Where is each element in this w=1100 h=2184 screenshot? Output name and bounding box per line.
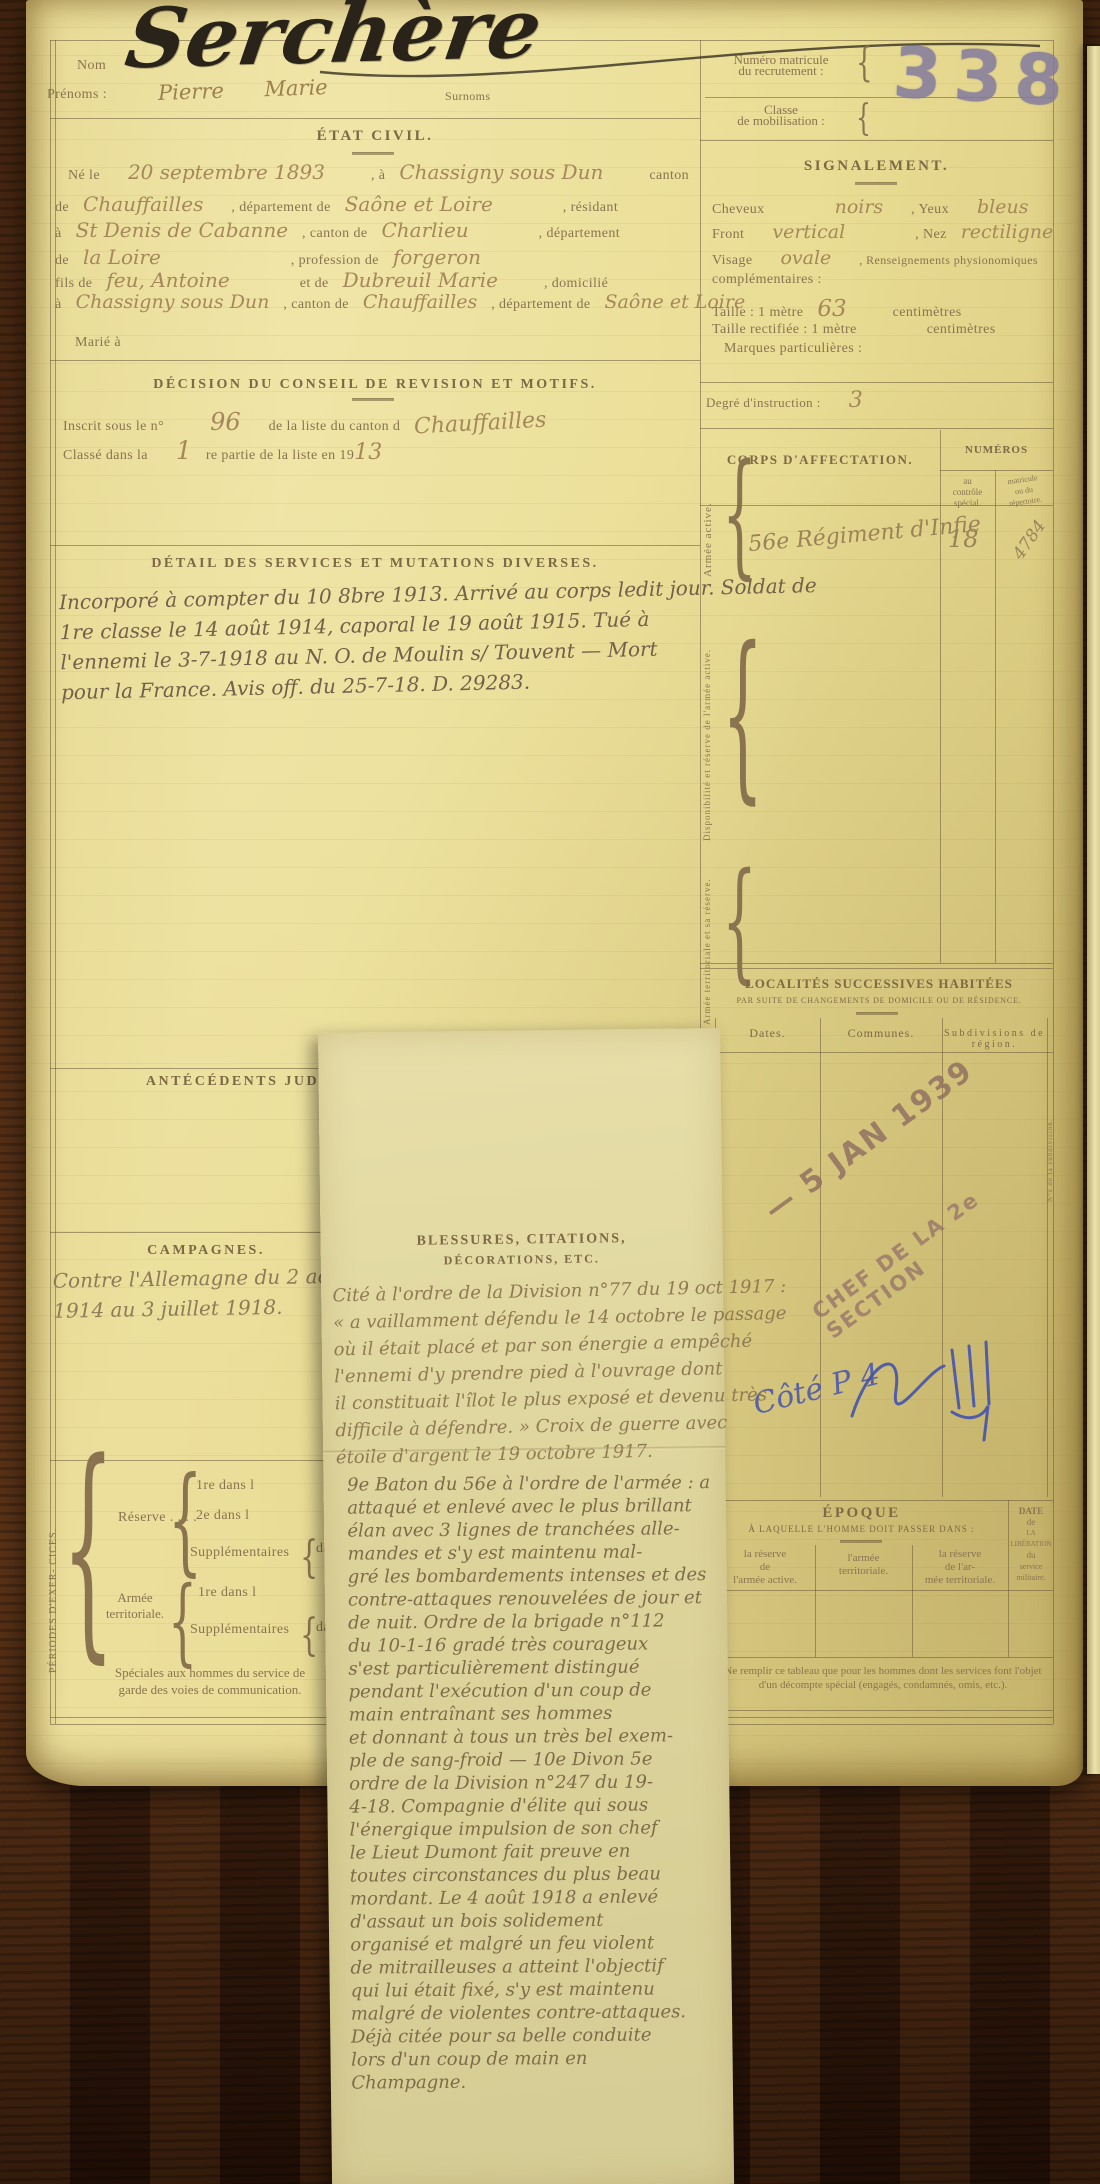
decision-line: Classé dans la1re partie de la liste en … (63, 436, 382, 465)
citation-line: pendant l'exécution d'un coup de (348, 1678, 718, 1704)
handwritten-entry: vertical (772, 221, 845, 243)
localites-subheading: PAR SUITE DE CHANGEMENTS DE DOMICILE OU … (705, 996, 1053, 1005)
rule-line (712, 1657, 1053, 1658)
printed-text: et de (300, 276, 329, 291)
signalement-line: Visageovale, Renseignements physionomiqu… (712, 247, 1038, 269)
rule-line (50, 545, 700, 546)
prenoms-label: Prénoms : (47, 87, 107, 103)
printed-text: , domicilié (544, 276, 608, 291)
citation-line: mordant. Le 4 août 1918 a enlevé (350, 1885, 720, 1911)
printed-text: , département (539, 226, 620, 241)
matricule-number-stamp: 338 (891, 31, 1077, 122)
surnoms-label: Surnoms (445, 89, 490, 104)
armee-territoriale-label: Arméeterritoriale. (90, 1590, 180, 1622)
handwritten-entry: Charlieu (381, 218, 468, 242)
printed-text: , canton de (283, 297, 348, 312)
citation-line: 9e Baton du 56e à l'ordre de l'armée : a (347, 1471, 717, 1497)
printed-text: , département de (491, 297, 590, 312)
rule-line (700, 382, 1053, 383)
blessures-subheading: DÉCORATIONS, ETC. (321, 1250, 723, 1270)
citation-line: toutes circonstances du plus beau (350, 1862, 720, 1888)
heading-divider (352, 152, 394, 155)
services-heading: DÉTAIL DES SERVICES ET MUTATIONS DIVERSE… (50, 556, 700, 572)
firstnames-handwritten: Pierre Marie (158, 75, 328, 105)
citation-line: contre-attaques renouvelées de jour et (348, 1586, 718, 1612)
reserve-item: 1re dans l (196, 1478, 254, 1494)
signalement-heading: SIGNALEMENT. (700, 158, 1053, 175)
printed-text: Degré d'instruction : (706, 395, 821, 410)
localites-col-communes: Communes. (820, 1026, 942, 1041)
corps-row-label-disponibilite: Disponibilité et réserve de l'armée acti… (702, 635, 712, 855)
controle-number-entry: 18 (948, 525, 979, 553)
handwritten-entry: la Loire (83, 245, 161, 269)
citation-line: élan avec 3 lignes de tranchées alle- (347, 1517, 717, 1543)
printed-text: fils de (55, 276, 92, 291)
citation-line: s'est particulièrement distingué (348, 1655, 718, 1681)
handwritten-entry: Chauffailles (83, 192, 203, 216)
citation-line: main entraînant ses hommes (349, 1701, 719, 1727)
printed-text: , Yeux (911, 202, 949, 217)
printed-text: Né le (68, 168, 100, 183)
epoque-col2-header: l'arméeterritoriale. (816, 1552, 911, 1578)
rule-line (50, 118, 700, 119)
signalement-line: Frontvertical, Nezrectiligne (712, 221, 1053, 243)
classe-label: Classede mobilisation : (706, 104, 856, 126)
corps-row-label-armee-active: Armée active. (702, 455, 714, 625)
heading-divider (856, 1012, 898, 1015)
controle-subheader: aucontrôlespécial. (941, 476, 994, 509)
printed-text: Inscrit sous le n° (63, 419, 164, 434)
rule-line (50, 360, 700, 361)
citation-line: l'énergique impulsion de son chef (349, 1816, 719, 1842)
printed-text: centimètres (893, 305, 962, 320)
printed-text: canton (649, 168, 689, 183)
periodes-outer-brace: { (62, 1414, 114, 1684)
handwritten-entry: Saône et Loire (345, 192, 493, 216)
printed-text: , à (371, 168, 385, 183)
corps-row-brace: { (722, 608, 763, 821)
glued-citation-slip: BLESSURES, CITATIONS, DÉCORATIONS, ETC. … (318, 1028, 734, 2184)
citation-line: attaqué et enlevé avec le plus brillant (347, 1494, 717, 1520)
heading-divider (352, 398, 394, 401)
localites-col-subdivisions: Subdivisions de région. (942, 1028, 1047, 1050)
handwritten-entry: noirs (835, 196, 884, 218)
printed-text: re partie de la liste en 19 (206, 448, 354, 463)
citation-line: de nuit. Ordre de la brigade n°112 (348, 1609, 718, 1635)
citation-line: 4-18. Compagnie d'élite qui sous (349, 1793, 719, 1819)
handwritten-entry: Chassigny sous Dun (399, 160, 603, 184)
rule-line (820, 1018, 821, 1497)
handwritten-entry: 96 (210, 408, 241, 436)
rule-line (700, 428, 1053, 429)
handwritten-entry: 63 (817, 296, 846, 322)
etat-civil-line: fils defeu, Antoineet deDubreuil Marie, … (55, 268, 608, 292)
handwritten-entry: bleus (977, 196, 1028, 218)
handwritten-entry: Dubreuil Marie (343, 268, 498, 292)
reserve-item: Supplémentaires (190, 1545, 289, 1561)
territoriale-item: Supplémentaires (190, 1622, 289, 1638)
printed-text: Front (712, 227, 744, 242)
campagnes-heading: CAMPAGNES. (50, 1243, 362, 1259)
citation-line: ple de sang-froid — 10e Divon 5e (349, 1747, 719, 1773)
citation-line: lors d'un coup de main en (351, 2046, 721, 2072)
regiment-entry: 56e Régiment d'Infie (747, 512, 982, 557)
etat-civil-line: dela Loire, profession deforgeron (55, 245, 481, 269)
marques-label: Marques particulières : (724, 341, 862, 357)
decision-line: Inscrit sous le n°96de la liste du canto… (63, 408, 547, 436)
epoque-heading: ÉPOQUE (715, 1505, 1008, 1522)
handwritten-entry: St Denis de Cabanne (76, 218, 288, 242)
citation-line: d'assaut un bois solidement (350, 1908, 720, 1934)
periodes-label: PÉRIODES D'EXER- CICES. (48, 1500, 59, 1700)
printed-text: Cheveux (712, 202, 765, 217)
handwritten-entry: forgeron (393, 245, 481, 269)
handwritten-entry: Chauffailles (363, 291, 477, 313)
printed-text: Classé dans la (63, 448, 148, 463)
printed-text: , département de (231, 200, 330, 215)
degre-instruction-line: Degré d'instruction :3 (706, 388, 863, 413)
matricule-label: Numéro matriculedu recrutement : (706, 54, 856, 76)
classe-brace: { (856, 98, 871, 139)
printed-text: , résidant (563, 200, 618, 215)
printed-text: centimètres (927, 322, 996, 337)
printed-text: , profession de (291, 253, 379, 268)
printed-text: de la liste du canton d (269, 419, 401, 434)
numeros-heading: NUMÉROS (940, 444, 1053, 456)
handwritten-entry: 13 (354, 440, 382, 465)
handwritten-entry: 20 septembre 1893 (128, 160, 325, 184)
corps-row-brace: { (722, 435, 757, 593)
printed-text: Visage (712, 253, 752, 268)
matricule-brace: { (856, 40, 873, 86)
services-entry: Incorporé à compter du 10 8bre 1913. Arr… (59, 573, 702, 707)
printed-text: de (55, 253, 69, 268)
signalement-line: Cheveuxnoirs, Yeuxbleus (712, 196, 1028, 218)
citation-armee-entry: 9e Baton du 56e à l'ordre de l'armée : a… (347, 1471, 721, 2095)
printed-text: Taille rectifiée : 1 mètre (712, 322, 857, 337)
pen-signature-scribble (840, 1320, 1020, 1480)
citation-line: le Lieut Dumont fait preuve en (350, 1839, 720, 1865)
printed-text: de (55, 200, 69, 215)
handwritten-entry: 1 (176, 436, 192, 465)
heading-divider (840, 1540, 882, 1543)
handwritten-entry: rectiligne (961, 221, 1053, 243)
printed-text: , canton de (302, 226, 367, 241)
citation-line: de mitrailleuses a atteint l'objectif (350, 1954, 720, 1980)
etat-civil-heading: ÉTAT CIVIL. (50, 128, 700, 145)
repertoire-number-entry: 4784 (1009, 517, 1050, 564)
citation-line: qui lui était fixé, s'y est maintenu (351, 1977, 721, 2003)
citation-line: et donnant à tous un très bel exem- (349, 1724, 719, 1750)
printed-text: à (55, 226, 62, 241)
rule-line (940, 470, 1053, 471)
etat-civil-line: àSt Denis de Cabanne, canton deCharlieu,… (55, 218, 620, 242)
citation-line: gré les bombardements intenses et des (348, 1563, 718, 1589)
epoque-note: Ne remplir ce tableau que pour les homme… (722, 1664, 1044, 1692)
blessures-heading: BLESSURES, CITATIONS, (320, 1230, 722, 1251)
territoriale-brace: { (168, 1565, 197, 1676)
corps-row-label-territoriale: Armée territoriale et sa réserve. (702, 862, 712, 1042)
date-stamp: — 5 JAN 1939 (758, 1053, 980, 1228)
epoque-col1-header: la réservedel'armée active. (716, 1548, 814, 1587)
speciales-label: Spéciales aux hommes du service degarde … (70, 1664, 350, 1698)
handwritten-entry: Chauffailles (414, 408, 548, 440)
taille-line: Taille : 1 mètre63centimètres (712, 296, 962, 322)
epoque-subheading: À LAQUELLE L'HOMME DOIT PASSER DANS : (715, 1524, 1008, 1534)
rule-line (715, 1052, 1053, 1053)
printed-text: , Nez (915, 227, 947, 242)
rule-line (995, 470, 996, 963)
nom-label: Nom (77, 58, 106, 74)
printed-text: Taille : 1 mètre (712, 305, 803, 320)
handwritten-entry: feu, Antoine (106, 268, 229, 292)
complementaires-label: complémentaires : (712, 272, 822, 288)
handwritten-entry: 3 (849, 388, 863, 413)
etat-civil-line: àChassigny sous Dun, canton deChauffaill… (55, 291, 745, 313)
printed-text: à (55, 297, 62, 312)
scanned-military-register: { "page": { "name_script": "Serchère", "… (0, 0, 1100, 2184)
date-liberation-header: DATEde LA LIBÉRATIONdu service militaire… (1009, 1506, 1053, 1583)
citation-line: du 10-1-16 gradé très courageux (348, 1632, 718, 1658)
epoque-col3-header: la réservede l'ar-mée territoriale. (913, 1548, 1007, 1587)
citation-line: mandes et s'y est maintenu mal- (348, 1540, 718, 1566)
taille-rectifiee-line: Taille rectifiée : 1 mètrecentimètres (712, 320, 996, 338)
marie-label: Marié à (75, 335, 121, 351)
etat-civil-line: Né le20 septembre 1893, àChassigny sous … (68, 160, 689, 184)
citation-line: Champagne. (351, 2069, 721, 2095)
localites-heading: LOCALITÉS SUCCESSIVES HABITÉES (705, 976, 1053, 992)
localites-col-dates: Dates. (715, 1026, 820, 1041)
handwritten-entry: ovale (780, 247, 831, 269)
corps-row-brace: { (722, 844, 757, 996)
citation-line: ordre de la Division n°247 du 19- (349, 1770, 719, 1796)
printed-text: , Renseignements physionomiques (859, 253, 1038, 267)
citation-line: Déjà citée pour sa belle conduite (351, 2023, 721, 2049)
rule-line (715, 1590, 1053, 1591)
territoriale-item: 1re dans l (198, 1585, 256, 1601)
citation-line: malgré de violentes contre-attaques. (351, 2000, 721, 2026)
rule-line (1053, 40, 1054, 1724)
decision-heading: DÉCISION DU CONSEIL DE REVISION ET MOTIF… (50, 377, 700, 393)
heading-divider (855, 182, 897, 185)
rule-line (940, 430, 941, 963)
handwritten-entry: Chassigny sous Dun (76, 291, 270, 313)
rule-line (50, 40, 51, 1724)
etat-civil-line: deChauffailles, département deSaône et L… (55, 192, 618, 216)
reserve-item: 2e dans l (196, 1508, 249, 1524)
rule-line (700, 140, 1053, 141)
citation-division-entry: Cité à l'ordre de la Division n°77 du 19… (332, 1274, 722, 1471)
small-brace: { (300, 1532, 318, 1583)
rule-line (712, 1710, 1053, 1711)
citation-line: organisé et malgré un feu violent (350, 1931, 720, 1957)
rule-line (712, 1500, 1053, 1501)
